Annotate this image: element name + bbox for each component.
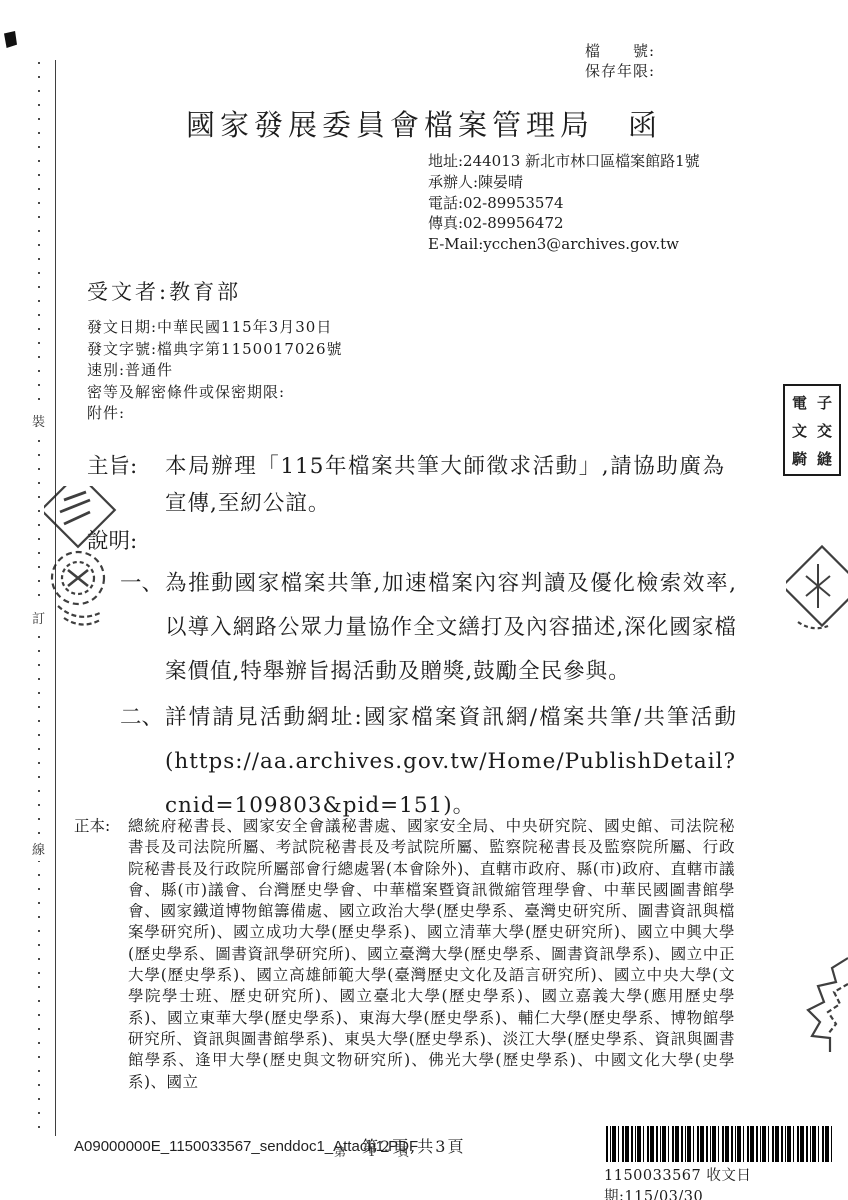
seal-fragment-bottom-right-icon (794, 950, 848, 1054)
stamp-char: 電 (787, 388, 812, 416)
contact-address: 地址:244013 新北市林口區檔案館路1號 (428, 151, 700, 172)
stamp-char: 騎 (787, 444, 812, 472)
meta-security: 密等及解密條件或保密期限: (87, 382, 343, 404)
page-number-stamp-large: 第2頁,共3頁 (362, 1134, 465, 1157)
meta-attachment: 附件: (87, 403, 343, 425)
meta-speed: 速別:普通件 (87, 360, 343, 382)
document-meta-block: 發文日期:中華民國115年3月30日 發文字號:檔典字第1150017026號 … (87, 317, 343, 425)
recipients-section: 正本: 總統府秘書長、國家安全會議秘書處、國家安全局、中央研究院、國史館、司法院… (74, 816, 735, 1093)
contact-phone: 電話:02-89953574 (428, 193, 700, 214)
recipient-label: 受文者: (87, 280, 169, 304)
barcode-caption: 1150033567 收文日期:115/03/30 (604, 1164, 848, 1200)
stamp-char: 交 (812, 416, 837, 444)
file-no-label: 檔 號: (585, 41, 655, 61)
stamp-char: 縫 (812, 444, 837, 472)
recipient-line: 受文者:教育部 (87, 276, 241, 306)
explanation-item-2-text: 詳情請見活動網址:國家檔案資訊網/檔案共筆/共筆活動(https://aa.ar… (165, 696, 737, 828)
recipient-value: 教育部 (169, 280, 241, 304)
file-number-block: 檔 號: 保存年限: (585, 41, 655, 81)
electronic-exchange-seam-stamp: 電 文 騎 子 交 縫 (783, 384, 841, 476)
seal-fragment-right-icon (786, 544, 848, 640)
binding-dotted-line (38, 62, 40, 1137)
document-title: 國家發展委員會檔案管理局 函 (0, 103, 848, 144)
contact-block: 地址:244013 新北市林口區檔案館路1號 承辦人:陳晏晴 電話:02-899… (428, 151, 700, 255)
recipients-label: 正本: (74, 816, 128, 1093)
meta-date: 發文日期:中華民國115年3月30日 (87, 317, 343, 339)
stamp-char: 文 (787, 416, 812, 444)
contact-email: E-Mail:ycchen3@archives.gov.tw (428, 234, 700, 255)
page-number-stamps: 第 1 頁 第2頁,共3頁 (328, 1130, 498, 1172)
explanation-item-1: 一、 為推動國家檔案共筆,加速檔案內容判讀及優化檢索效率,以導入網路公眾力量協作… (120, 562, 737, 694)
explanation-item-2-number: 二、 (120, 696, 165, 828)
barcode (606, 1126, 832, 1162)
explanation-item-1-text: 為推動國家檔案共筆,加速檔案內容判讀及優化檢索效率,以導入網路公眾力量協作全文繕… (165, 562, 737, 694)
scan-artifact-mark (4, 31, 17, 48)
contact-fax: 傳真:02-89956472 (428, 213, 700, 234)
meta-number: 發文字號:檔典字第1150017026號 (87, 339, 343, 361)
official-letter-page: 裝 訂 線 檔 號: 保存年限: 國家發展委員會檔案管理局 函 地址:24401… (0, 0, 848, 1200)
retention-label: 保存年限: (585, 61, 655, 81)
contact-officer: 承辦人:陳晏晴 (428, 172, 700, 193)
explanation-item-2: 二、 詳情請見活動網址:國家檔案資訊網/檔案共筆/共筆活動(https://aa… (120, 696, 737, 828)
subject-text: 本局辦理「115年檔案共筆大師徵求活動」,請協助廣為宣傳,至紉公誼。 (165, 448, 725, 522)
binding-char-xian: 線 (31, 836, 46, 861)
stamp-char: 子 (812, 388, 837, 416)
seal-fragment-left-icon (44, 486, 128, 646)
binding-char-zhuang: 裝 (31, 408, 46, 433)
recipients-text: 總統府秘書長、國家安全會議秘書處、國家安全局、中央研究院、國史館、司法院秘書長及… (128, 816, 735, 1093)
subject-section: 主旨: 本局辦理「115年檔案共筆大師徵求活動」,請協助廣為宣傳,至紉公誼。 (87, 448, 725, 522)
